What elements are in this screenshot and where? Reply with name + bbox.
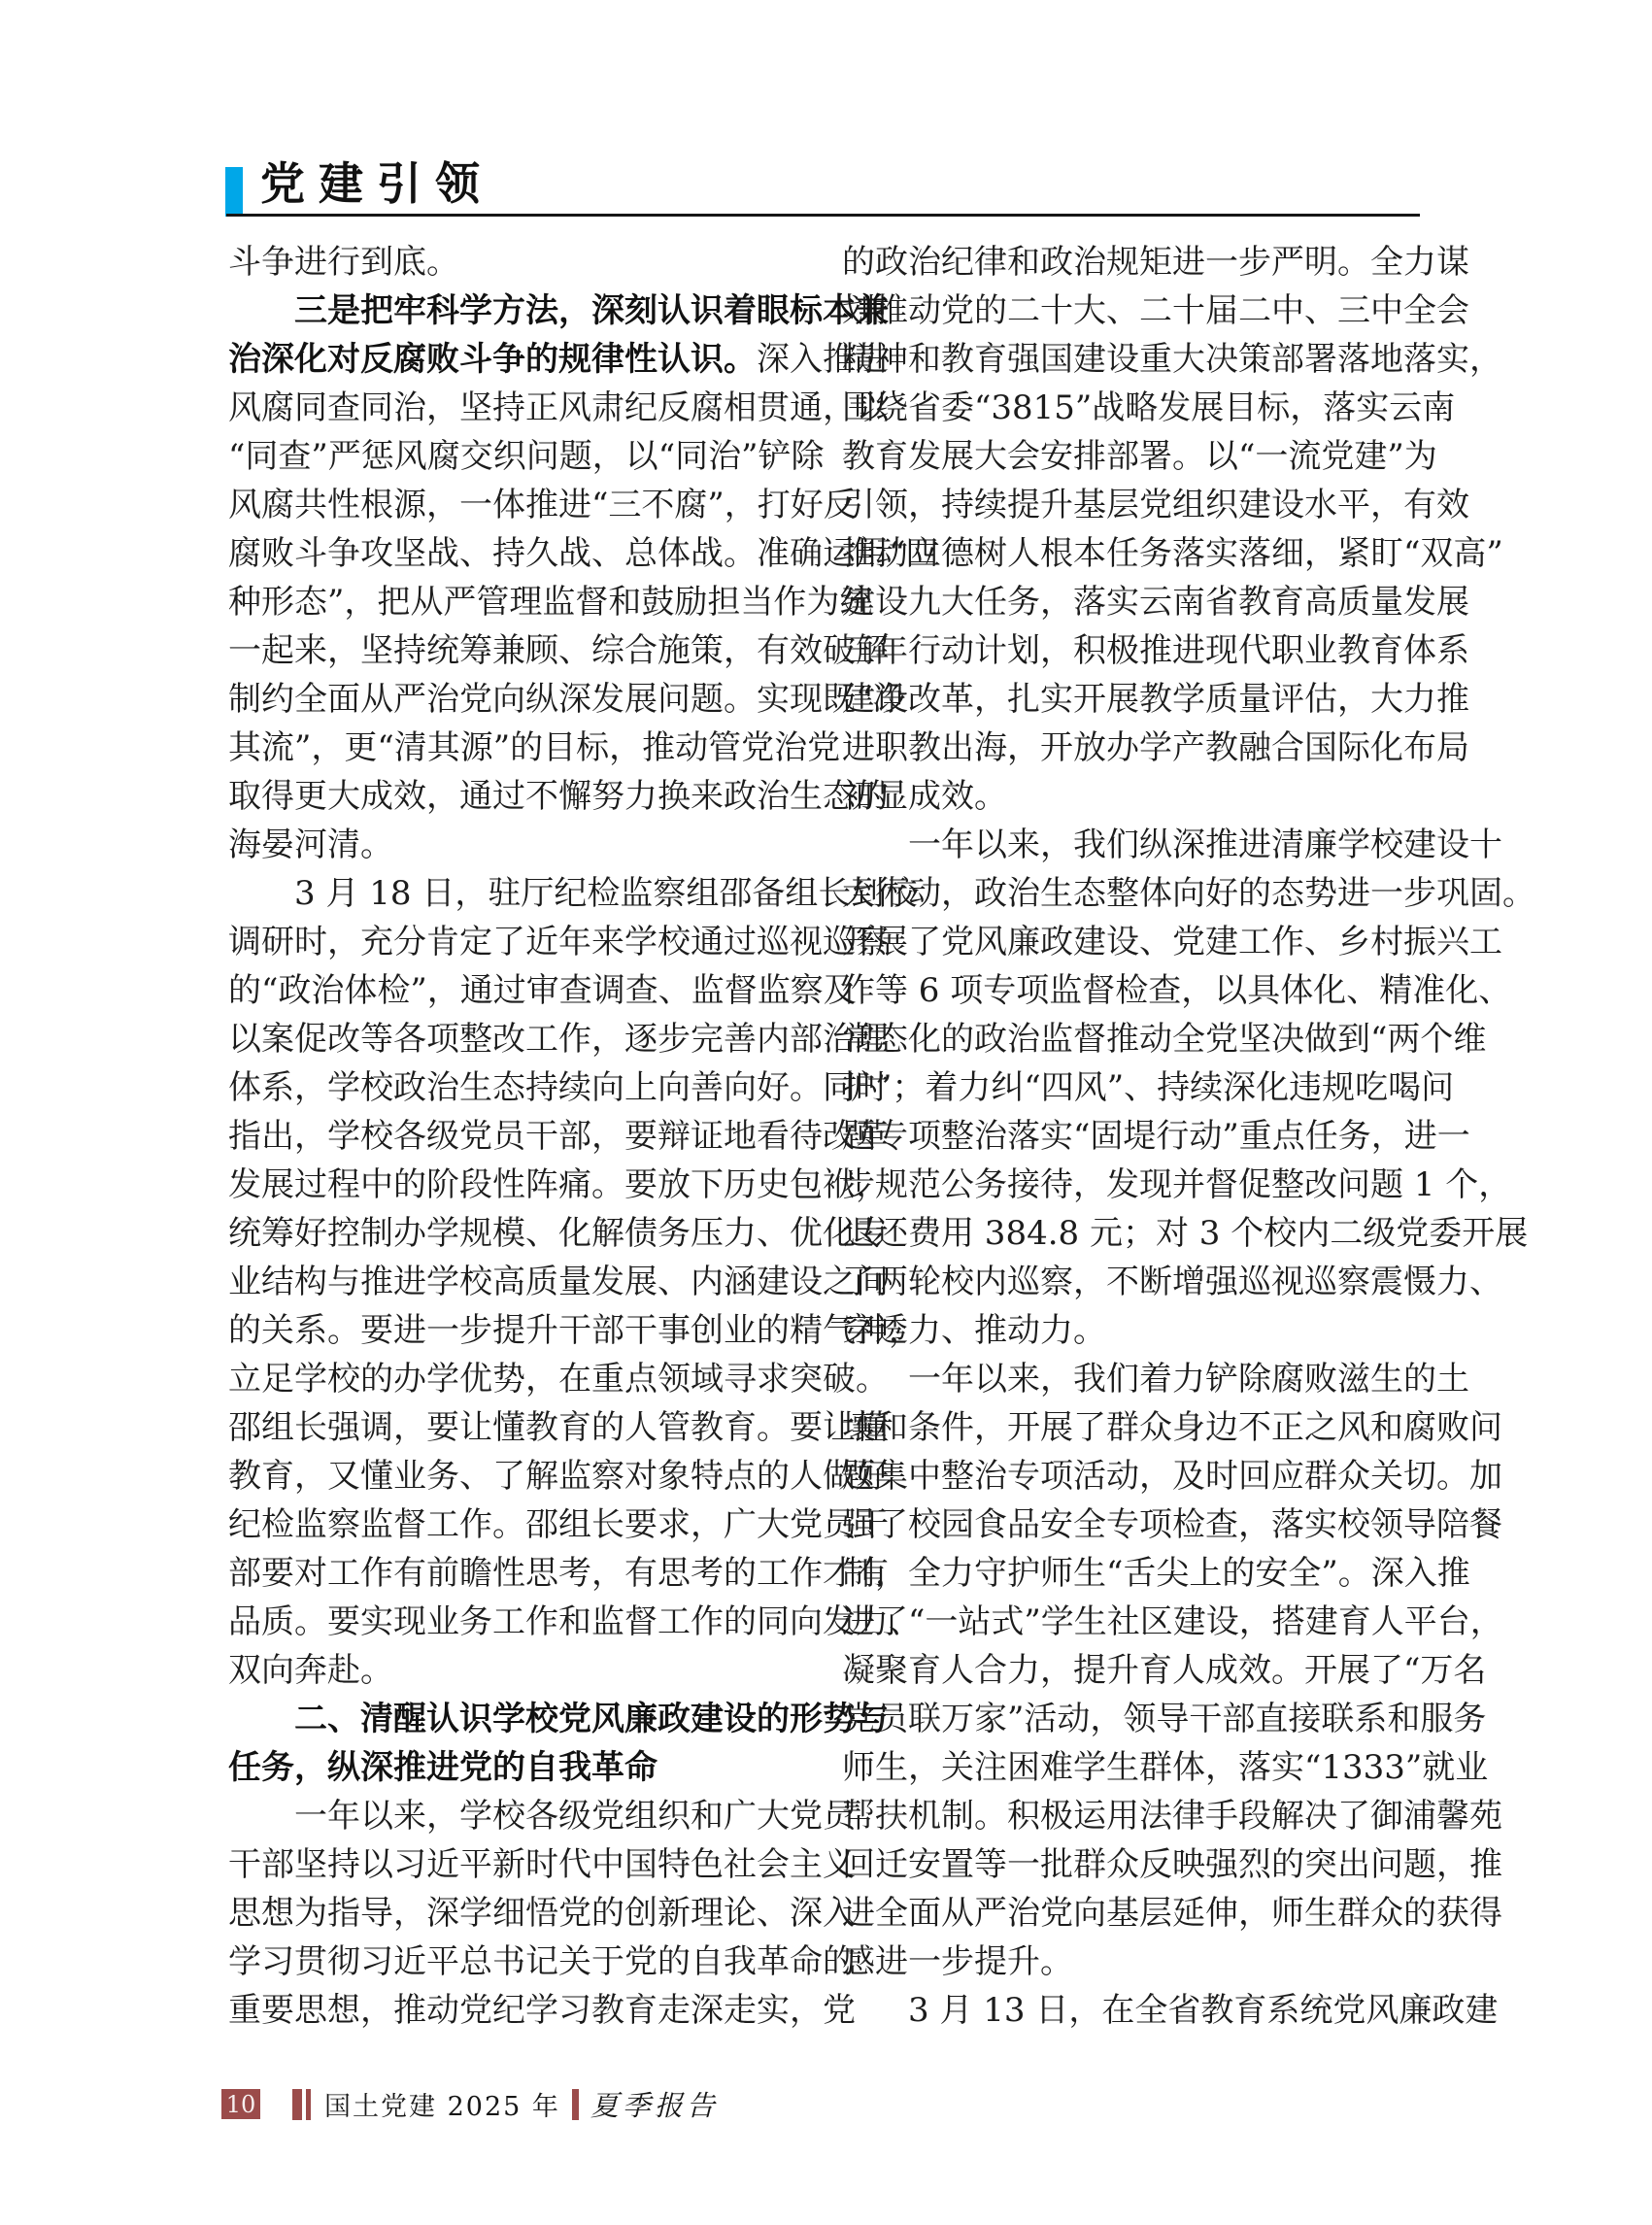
text-line: 风腐同查同治，坚持正风肃纪反腐相贯通，以 [228, 384, 807, 432]
text-segment: 3 月 13 日，在全省教育系统党风廉政建 [908, 1991, 1498, 2030]
text-line: 干部坚持以习近平新时代中国特色社会主义 [228, 1840, 807, 1889]
text-segment: 腐败斗争攻坚战、持久战、总体战。准确运用“四 [228, 534, 938, 573]
bold-text-segment: 三是把牢科学方法，深刻认识着眼标本兼 [294, 291, 889, 330]
text-line: 3 月 18 日，驻厅纪检监察组邵备组长到校 [228, 869, 807, 918]
text-line: 教育发展大会安排部署。以“一流党建”为 [842, 432, 1421, 481]
text-line: 回迁安置等一批群众反映强烈的突出问题，推 [842, 1840, 1421, 1889]
text-segment: 一年以来，我们着力铲除腐败滋生的土 [908, 1360, 1469, 1399]
text-line: 的关系。要进一步提升干部干事创业的精气神， [228, 1306, 807, 1355]
text-line: 围绕省委“3815”战略发展目标，落实云南 [842, 384, 1421, 432]
text-line: 作等 6 项专项监督检查，以具体化、精准化、 [842, 966, 1421, 1015]
text-line: 统筹好控制办学规模、化解债务压力、优化专 [228, 1209, 807, 1258]
text-line: 教育，又懂业务、了解监察对象特点的人做好 [228, 1452, 807, 1500]
text-line: 壤和条件，开展了群众身边不正之风和腐败问 [842, 1403, 1421, 1452]
text-line: 海晏河清。 [228, 821, 807, 869]
text-line: 邵组长强调，要让懂教育的人管教育。要让懂 [228, 1403, 807, 1452]
text-segment: 围绕省委“3815”战略发展目标，落实云南 [842, 388, 1455, 427]
text-line: “同查”严惩风腐交织问题，以“同治”铲除 [228, 432, 807, 481]
text-line: 取得更大成效，通过不懈努力换来政治生态的 [228, 772, 807, 821]
text-line: 开展了党风廉政建设、党建工作、乡村振兴工 [842, 918, 1421, 966]
text-line: 进了“一站式”学生社区建设，搭建育人平台， [842, 1598, 1421, 1646]
text-segment: 的政治纪律和政治规矩进一步严明。全力谋 [842, 243, 1469, 282]
text-segment: 初显成效。 [842, 777, 1007, 816]
document-page: 党建引领 斗争进行到底。三是把牢科学方法，深刻认识着眼标本兼治深化对反腐败斗争的… [0, 0, 1652, 2225]
footer-bar-thick [292, 2089, 302, 2120]
text-line: 感进一步提升。 [842, 1938, 1421, 1986]
text-line: 任务，纵深推进党的自我革命 [228, 1743, 807, 1792]
text-line: 双向奔赴。 [228, 1646, 807, 1695]
text-line: 调研时，充分肯定了近年来学校通过巡视巡察 [228, 918, 807, 966]
text-segment: 纪检监察监督工作。邵组长要求，广大党员干 [228, 1505, 889, 1544]
text-segment: 护”；着力纠“四风”、持续深化违规吃喝问 [842, 1068, 1454, 1107]
bold-text-segment: 治深化对反腐败斗争的规律性认识。 [228, 340, 757, 379]
text-line: 引领，持续提升基层党组织建设水平，有效 [842, 481, 1421, 529]
text-line: 初显成效。 [842, 772, 1421, 821]
text-line: 一年以来，学校各级党组织和广大党员 [228, 1792, 807, 1840]
text-line: 立足学校的办学优势，在重点领域寻求突破。 [228, 1355, 807, 1403]
text-segment: 一年以来，学校各级党组织和广大党员 [294, 1797, 856, 1836]
text-line: 帮扶机制。积极运用法律手段解决了御浦馨苑 [842, 1792, 1421, 1840]
text-line: 进职教出海，开放办学产教融合国际化布局 [842, 724, 1421, 772]
text-line: 退还费用 384.8 元；对 3 个校内二级党委开展 [842, 1209, 1421, 1258]
text-segment: 重要思想，推动党纪学习教育走深走实，党 [228, 1991, 856, 2030]
text-line: 其流”，更“清其源”的目标，推动管党治党 [228, 724, 807, 772]
text-segment: 题集中整治专项活动，及时回应群众关切。加 [842, 1457, 1502, 1496]
text-line: 精神和教育强国建设重大决策部署落地落实， [842, 335, 1421, 384]
text-segment: 其流”，更“清其源”的目标，推动管党治党 [228, 728, 840, 767]
left-column: 斗争进行到底。三是把牢科学方法，深刻认识着眼标本兼治深化对反腐败斗争的规律性认识… [228, 238, 807, 2035]
text-line: 体系，学校政治生态持续向上向善向好。同时 [228, 1063, 807, 1112]
text-line: 师生，关注困难学生群体，落实“1333”就业 [842, 1743, 1421, 1792]
text-line: 大行动，政治生态整体向好的态势进一步巩固。 [842, 869, 1421, 918]
text-segment: 感进一步提升。 [842, 1942, 1073, 1981]
text-segment: 常态化的政治监督推动全党坚决做到“两个维 [842, 1020, 1486, 1059]
text-segment: 干部坚持以习近平新时代中国特色社会主义 [228, 1845, 856, 1884]
text-segment: 引领，持续提升基层党组织建设水平，有效 [842, 486, 1469, 524]
footer-bar-single [572, 2089, 579, 2120]
text-segment: 进职教出海，开放办学产教融合国际化布局 [842, 728, 1469, 767]
text-line: 的“政治体检”，通过审查调查、监督监察及 [228, 966, 807, 1015]
text-line: 护”；着力纠“四风”、持续深化违规吃喝问 [842, 1063, 1421, 1112]
text-line: 凝聚育人合力，提升育人成效。开展了“万名 [842, 1646, 1421, 1695]
text-line: 推动立德树人根本任务落实落细，紧盯“双高” [842, 529, 1421, 578]
text-segment: 强了校园食品安全专项检查，落实校领导陪餐 [842, 1505, 1502, 1544]
text-segment: 教育，又懂业务、了解监察对象特点的人做好 [228, 1457, 889, 1496]
text-line: 治深化对反腐败斗争的规律性认识。深入推进 [228, 335, 807, 384]
text-segment: 进了“一站式”学生社区建设，搭建育人平台， [842, 1602, 1503, 1641]
text-line: 建设改革，扎实开展教学质量评估，大力推 [842, 675, 1421, 724]
text-segment: 制约全面从严治党向纵深发展问题。实现既“净 [228, 680, 905, 719]
text-segment: 品质。要实现业务工作和监督工作的同向发力、 [228, 1602, 922, 1641]
text-line: 一年以来，我们纵深推进清廉学校建设十 [842, 821, 1421, 869]
text-line: 建设九大任务，落实云南省教育高质量发展 [842, 578, 1421, 626]
text-segment: 回迁安置等一批群众反映强烈的突出问题，推 [842, 1845, 1502, 1884]
text-line: 二、清醒认识学校党风廉政建设的形势与 [228, 1695, 807, 1743]
text-segment: 进全面从严治党向基层延伸，师生群众的获得 [842, 1894, 1502, 1933]
text-segment: 退还费用 384.8 元；对 3 个校内二级党委开展 [842, 1214, 1528, 1253]
text-line: 强了校园食品安全专项检查，落实校领导陪餐 [842, 1500, 1421, 1549]
right-column: 的政治纪律和政治规矩进一步严明。全力谋划推动党的二十大、二十届二中、三中全会精神… [842, 238, 1421, 2035]
text-line: 制约全面从严治党向纵深发展问题。实现既“净 [228, 675, 807, 724]
text-line: 步规范公务接待，发现并督促整改问题 1 个， [842, 1161, 1421, 1209]
text-line: 制，全力守护师生“舌尖上的安全”。深入推 [842, 1549, 1421, 1598]
text-segment: 部要对工作有前瞻性思考，有思考的工作才有 [228, 1554, 889, 1593]
text-segment: 学习贯彻习近平总书记关于党的自我革命的 [228, 1942, 856, 1981]
page-number: 10 [226, 2091, 256, 2118]
text-line: 3 月 13 日，在全省教育系统党风廉政建 [842, 1986, 1421, 2035]
text-line: 党员联万家”活动，领导干部直接联系和服务 [842, 1695, 1421, 1743]
text-line: 品质。要实现业务工作和监督工作的同向发力、 [228, 1598, 807, 1646]
bold-text-segment: 二、清醒认识学校党风廉政建设的形势与 [294, 1700, 889, 1738]
text-segment: 的“政治体检”，通过审查调查、监督监察及 [228, 971, 857, 1010]
text-line: 题专项整治落实“固堤行动”重点任务，进一 [842, 1112, 1421, 1161]
text-line: 思想为指导，深学细悟党的创新理论、深入 [228, 1889, 807, 1938]
text-line: 风腐共性根源，一体推进“三不腐”，打好反 [228, 481, 807, 529]
text-segment: 思想为指导，深学细悟党的创新理论、深入 [228, 1894, 856, 1933]
text-segment: 制，全力守护师生“舌尖上的安全”。深入推 [842, 1554, 1470, 1593]
text-segment: 斗争进行到底。 [228, 243, 459, 282]
text-segment: 一年以来，我们纵深推进清廉学校建设十 [908, 826, 1502, 864]
text-segment: 三年行动计划，积极推进现代职业教育体系 [842, 631, 1469, 670]
page-number-badge: 10 [221, 2089, 260, 2119]
text-segment: 师生，关注困难学生群体，落实“1333”就业 [842, 1748, 1488, 1787]
text-line: 斗争进行到底。 [228, 238, 807, 287]
text-segment: 取得更大成效，通过不懈努力换来政治生态的 [228, 777, 889, 816]
text-line: 指出，学校各级党员干部，要辩证地看待改革 [228, 1112, 807, 1161]
accent-bar [225, 167, 243, 217]
text-segment: 海晏河清。 [228, 826, 393, 864]
text-segment: 调研时，充分肯定了近年来学校通过巡视巡察 [228, 923, 889, 961]
text-segment: 开展了党风廉政建设、党建工作、乡村振兴工 [842, 923, 1502, 961]
text-segment: 指出，学校各级党员干部，要辩证地看待改革 [228, 1117, 889, 1156]
text-segment: 穿透力、推动力。 [842, 1311, 1106, 1350]
header-rule [226, 214, 1420, 217]
text-line: 种形态”，把从严管理监督和鼓励担当作为统 [228, 578, 807, 626]
text-line: 的政治纪律和政治规矩进一步严明。全力谋 [842, 238, 1421, 287]
text-segment: 划推动党的二十大、二十届二中、三中全会 [842, 291, 1469, 330]
text-line: 了两轮校内巡察，不断增强巡视巡察震慑力、 [842, 1258, 1421, 1306]
text-line: 学习贯彻习近平总书记关于党的自我革命的 [228, 1938, 807, 1986]
text-segment: 双向奔赴。 [228, 1651, 393, 1690]
text-line: 常态化的政治监督推动全党坚决做到“两个维 [842, 1015, 1421, 1063]
text-line: 纪检监察监督工作。邵组长要求，广大党员干 [228, 1500, 807, 1549]
text-segment: 立足学校的办学优势，在重点领域寻求突破。 [228, 1360, 889, 1399]
text-segment: 的关系。要进一步提升干部干事创业的精气神， [228, 1311, 922, 1350]
text-segment: “同查”严惩风腐交织问题，以“同治”铲除 [228, 437, 825, 476]
text-segment: 步规范公务接待，发现并督促整改问题 1 个， [842, 1165, 1511, 1204]
text-segment: 教育发展大会安排部署。以“一流党建”为 [842, 437, 1437, 476]
text-line: 业结构与推进学校高质量发展、内涵建设之间 [228, 1258, 807, 1306]
text-line: 题集中整治专项活动，及时回应群众关切。加 [842, 1452, 1421, 1500]
text-segment: 体系，学校政治生态持续向上向善向好。同时 [228, 1068, 889, 1107]
text-segment: 业结构与推进学校高质量发展、内涵建设之间 [228, 1263, 889, 1301]
page-footer: 10 国土党建 2025 年 夏季报告 [221, 2088, 719, 2120]
text-segment: 风腐同查同治，坚持正风肃纪反腐相贯通，以 [228, 388, 889, 427]
text-segment: 风腐共性根源，一体推进“三不腐”，打好反 [228, 486, 857, 524]
footer-bar-thin [306, 2089, 311, 2120]
text-segment: 种形态”，把从严管理监督和鼓励担当作为统 [228, 583, 872, 622]
text-segment: 建设改革，扎实开展教学质量评估，大力推 [842, 680, 1469, 719]
issue-title: 夏季报告 [590, 2084, 719, 2124]
text-segment: 推动立德树人根本任务落实落细，紧盯“双高” [842, 534, 1503, 573]
text-line: 重要思想，推动党纪学习教育走深走实，党 [228, 1986, 807, 2035]
publication-title: 国土党建 2025 年 [324, 2085, 560, 2123]
text-segment: 题专项整治落实“固堤行动”重点任务，进一 [842, 1117, 1470, 1156]
text-line: 腐败斗争攻坚战、持久战、总体战。准确运用“四 [228, 529, 807, 578]
text-segment: 以案促改等各项整改工作，逐步完善内部治理 [228, 1020, 889, 1059]
text-segment: 建设九大任务，落实云南省教育高质量发展 [842, 583, 1469, 622]
text-line: 穿透力、推动力。 [842, 1306, 1421, 1355]
text-line: 划推动党的二十大、二十届二中、三中全会 [842, 287, 1421, 335]
text-line: 一起来，坚持统筹兼顾、综合施策，有效破解 [228, 626, 807, 675]
text-line: 进全面从严治党向基层延伸，师生群众的获得 [842, 1889, 1421, 1938]
text-segment: 壤和条件，开展了群众身边不正之风和腐败问 [842, 1408, 1502, 1447]
text-segment: 作等 6 项专项监督检查，以具体化、精准化、 [842, 971, 1511, 1010]
text-segment: 凝聚育人合力，提升育人成效。开展了“万名 [842, 1651, 1486, 1690]
text-line: 三年行动计划，积极推进现代职业教育体系 [842, 626, 1421, 675]
text-segment: 一起来，坚持统筹兼顾、综合施策，有效破解 [228, 631, 889, 670]
text-segment: 了两轮校内巡察，不断增强巡视巡察震慑力、 [842, 1263, 1502, 1301]
text-segment: 党员联万家”活动，领导干部直接联系和服务 [842, 1700, 1486, 1738]
text-line: 以案促改等各项整改工作，逐步完善内部治理 [228, 1015, 807, 1063]
text-segment: 3 月 18 日，驻厅纪检监察组邵备组长到校 [294, 874, 917, 913]
text-line: 三是把牢科学方法，深刻认识着眼标本兼 [228, 287, 807, 335]
text-line: 一年以来，我们着力铲除腐败滋生的土 [842, 1355, 1421, 1403]
section-title: 党建引领 [260, 158, 493, 209]
text-segment: 大行动，政治生态整体向好的态势进一步巩固。 [842, 874, 1535, 913]
text-segment: 帮扶机制。积极运用法律手段解决了御浦馨苑 [842, 1797, 1502, 1836]
text-segment: 发展过程中的阶段性阵痛。要放下历史包袱， [228, 1165, 889, 1204]
bold-text-segment: 任务，纵深推进党的自我革命 [228, 1748, 657, 1787]
text-segment: 精神和教育强国建设重大决策部署落地落实， [842, 340, 1502, 379]
text-line: 部要对工作有前瞻性思考，有思考的工作才有 [228, 1549, 807, 1598]
text-segment: 邵组长强调，要让懂教育的人管教育。要让懂 [228, 1408, 889, 1447]
text-line: 发展过程中的阶段性阵痛。要放下历史包袱， [228, 1161, 807, 1209]
text-segment: 统筹好控制办学规模、化解债务压力、优化专 [228, 1214, 889, 1253]
